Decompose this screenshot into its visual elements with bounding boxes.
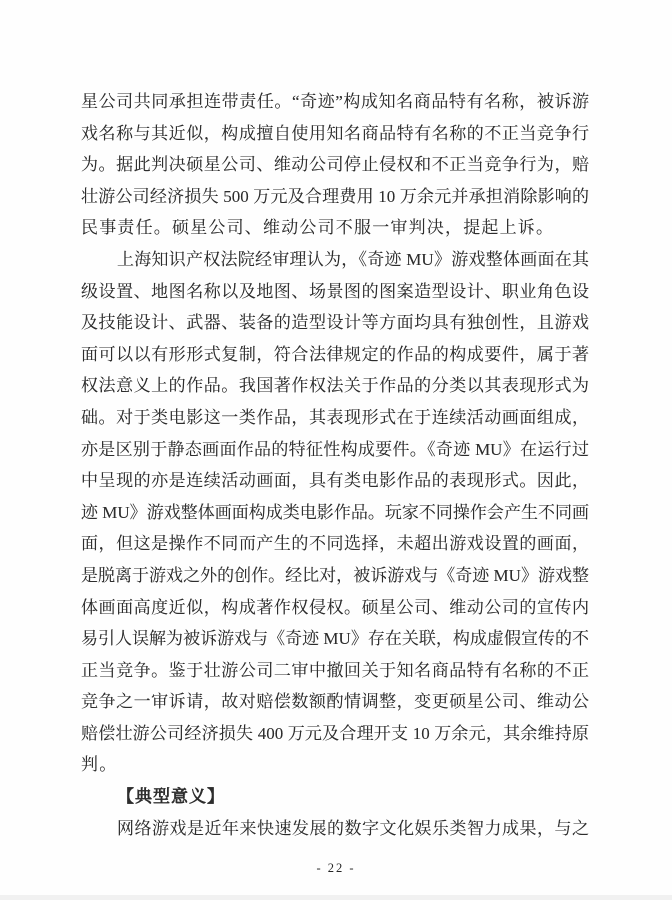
document-body: 星公司共同承担连带责任。“奇迹”构成知名商品特有名称，被诉游戏名称与其近似，构成… — [81, 86, 589, 844]
page-number: - 22 - — [316, 861, 355, 875]
text-line: 网络游戏是近年来快速发展的数字文化娱乐类智力成果，与之相 — [81, 813, 589, 845]
text-line: 中呈现的亦是连续活动画面，具有类电影作品的表现形式。因此，《奇 — [81, 465, 589, 497]
text-line: 面可以以有形形式复制，符合法律规定的作品的构成要件，属于著作 — [81, 339, 589, 371]
text-line: 正当竞争。鉴于壮游公司二审中撤回关于知名商品特有名称的不正当 — [81, 655, 589, 687]
text-line: 壮游公司经济损失 500 万元及合理费用 10 万余元并承担消除影响的 — [81, 181, 589, 213]
text-line: 【典型意义】 — [81, 781, 589, 813]
text-line: 及技能设计、武器、装备的造型设计等方面均具有独创性，且游戏画 — [81, 307, 589, 339]
text-line: 为。据此判决硕星公司、维动公司停止侵权和不正当竞争行为，赔偿 — [81, 149, 589, 181]
text-line: 亦是区别于静态画面作品的特征性构成要件。《奇迹 MU》在运行过程 — [81, 434, 589, 466]
text-line: 戏名称与其近似，构成擅自使用知名商品特有名称的不正当竞争行 — [81, 118, 589, 150]
text-line: 是脱离于游戏之外的创作。经比对，被诉游戏与《奇迹 MU》游戏整 — [81, 560, 589, 592]
text-line: 迹 MU》游戏整体画面构成类电影作品。玩家不同操作会产生不同画 — [81, 497, 589, 529]
page-footer: - 22 - — [0, 861, 672, 876]
document-page: 星公司共同承担连带责任。“奇迹”构成知名商品特有名称，被诉游戏名称与其近似，构成… — [0, 0, 672, 900]
text-line: 竞争之一审诉请，故对赔偿数额酌情调整，变更硕星公司、维动公司 — [81, 686, 589, 718]
text-line: 权法意义上的作品。我国著作权法关于作品的分类以其表现形式为基 — [81, 370, 589, 402]
text-line: 判。 — [81, 749, 589, 781]
text-line: 面，但这是操作不同而产生的不同选择，未超出游戏设置的画面，不 — [81, 528, 589, 560]
text-line: 上海知识产权法院经审理认为，《奇迹 MU》游戏整体画面在其等 — [81, 244, 589, 276]
text-line: 础。对于类电影这一类作品，其表现形式在于连续活动画面组成，这 — [81, 402, 589, 434]
text-line: 星公司共同承担连带责任。“奇迹”构成知名商品特有名称，被诉游 — [81, 86, 589, 118]
scan-edge-shadow — [0, 895, 672, 900]
text-line: 民事责任。硕星公司、维动公司不服一审判决，提起上诉。 — [81, 212, 589, 244]
text-line: 易引人误解为被诉游戏与《奇迹 MU》存在关联，构成虚假宣传的不 — [81, 623, 589, 655]
text-line: 赔偿壮游公司经济损失 400 万元及合理开支 10 万余元，其余维持原 — [81, 718, 589, 750]
text-line: 体画面高度近似，构成著作权侵权。硕星公司、维动公司的宣传内容 — [81, 592, 589, 624]
text-line: 级设置、地图名称以及地图、场景图的图案造型设计、职业角色设置 — [81, 276, 589, 308]
